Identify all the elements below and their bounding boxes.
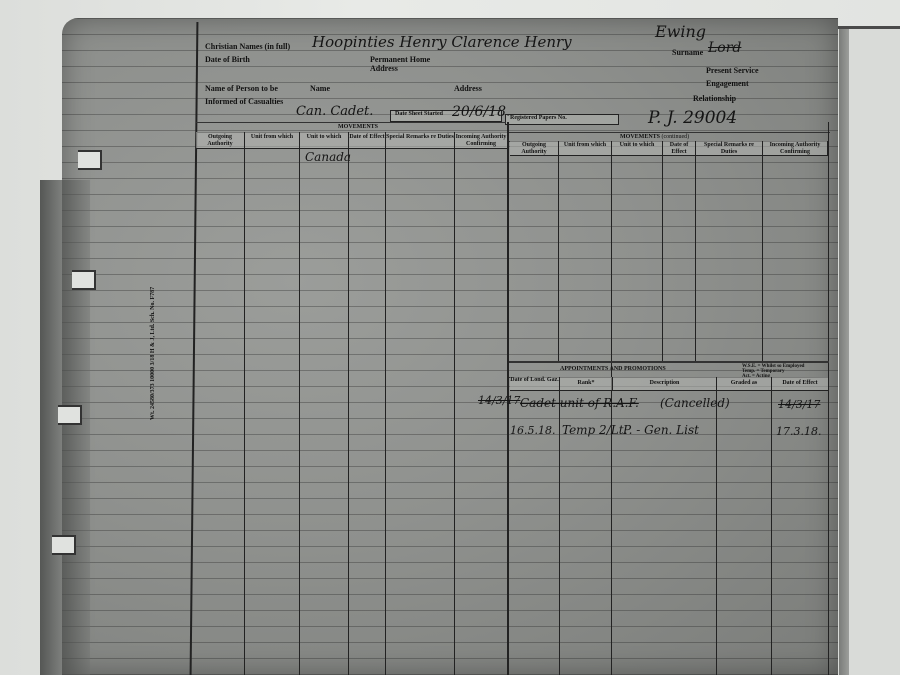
appt-row-1-description: Cadet unit of R.A.F. (520, 396, 639, 410)
col-graded-as: Graded as (717, 377, 772, 391)
col-rule (662, 141, 663, 361)
name-label: Name (310, 84, 330, 93)
col-rule (299, 132, 300, 675)
appt-row-2-rank: Temp 2/Lt. (562, 423, 627, 437)
date-sheet-started-value: 20/6/18. (452, 104, 510, 120)
col-date-of-effect-appt: Date of Effect (772, 377, 829, 391)
col-rule (454, 132, 455, 675)
date-sheet-started-label: Date Sheet Started (395, 111, 443, 117)
col-rule (716, 377, 717, 675)
col-rule (762, 141, 763, 361)
printer-imprint: Wt. 24580/373 10000 3/18 H & J, Ltd. Sch… (150, 287, 156, 420)
col-cont-incoming-authority: Incoming Authority Confirming (763, 141, 828, 156)
col-date-of-effect: Date of Effect (349, 132, 386, 149)
col-date-lond-gaz: Date of Lond. Gaz. (510, 377, 560, 391)
casualties-label: Informed of Casualties (205, 97, 283, 106)
movements-continued-title: MOVEMENTS (continued) (620, 134, 689, 140)
engagement-label: Engagement (706, 79, 749, 88)
col-special-remarks: Special Remarks re Duties (386, 132, 455, 149)
date-of-birth-label: Date of Birth (205, 55, 250, 64)
rule (509, 361, 829, 363)
col-cont-unit-from: Unit from which (559, 141, 612, 156)
col-rule (244, 132, 245, 675)
col-rule (348, 132, 349, 675)
registered-papers-value: P. J. 29004 (648, 108, 737, 128)
registered-papers-box: Registered Papers No. (505, 114, 619, 125)
appt-row-2-date: 16.5.18. (510, 424, 555, 437)
col-cont-outgoing-authority: Outgoing Authority (510, 141, 559, 156)
rule (196, 122, 506, 123)
appt-row-2-description: P. - Gen. List (623, 423, 699, 437)
relationship-label: Relationship (693, 94, 736, 103)
card-left-shadow (40, 180, 90, 675)
col-unit-to: Unit to which (300, 132, 349, 149)
appt-row-2-date-of-effect: 17.3.18. (776, 425, 821, 438)
appt-row-1-date: 14/3/17 (478, 394, 520, 407)
rank-value: Can. Cadet. (296, 104, 373, 119)
col-unit-from: Unit from which (245, 132, 300, 149)
punch-notch (72, 270, 96, 290)
surname-struck-value: Lord (708, 40, 741, 56)
appt-row-1-date-of-effect: 14/3/17 (778, 398, 820, 411)
surname-label: Surname (672, 48, 703, 57)
col-cont-date-of-effect: Date of Effect (663, 141, 696, 156)
col-rule (385, 132, 386, 675)
col-description: Description (613, 377, 717, 391)
col-cont-unit-to: Unit to which (612, 141, 663, 156)
appt-row-1-note: (Cancelled) (660, 396, 730, 410)
col-rule (828, 122, 829, 675)
col-rank: Rank* (560, 377, 613, 391)
punch-notch (78, 150, 102, 170)
address-label: Address (370, 64, 398, 73)
movement-unit-to-value: Canada (305, 150, 351, 164)
punch-notch (58, 405, 82, 425)
registered-papers-label: Registered Papers No. (510, 115, 567, 121)
address-label-2: Address (454, 84, 482, 93)
col-rule (558, 141, 559, 361)
col-rule (695, 141, 696, 361)
appointments-title: APPOINTMENTS AND PROMOTIONS (560, 366, 666, 372)
movements-title: MOVEMENTS (338, 124, 378, 130)
person-informed-label: Name of Person to be (205, 84, 278, 93)
surname-value: Ewing (655, 22, 706, 41)
divider-shadow (839, 29, 849, 675)
col-cont-special-remarks: Special Remarks re Duties (696, 141, 763, 156)
permanent-home-label: Permanent Home (370, 55, 430, 64)
col-rule (559, 377, 560, 675)
christian-names-value: Hoopinties Henry Clarence Henry (312, 33, 572, 51)
col-outgoing-authority: Outgoing Authority (196, 132, 245, 149)
christian-names-label: Christian Names (in full) (205, 42, 290, 51)
present-service-label: Present Service (706, 66, 759, 75)
col-rule (771, 377, 772, 675)
punch-notch (52, 535, 76, 555)
col-incoming-authority: Incoming Authority Confirming (455, 132, 508, 149)
